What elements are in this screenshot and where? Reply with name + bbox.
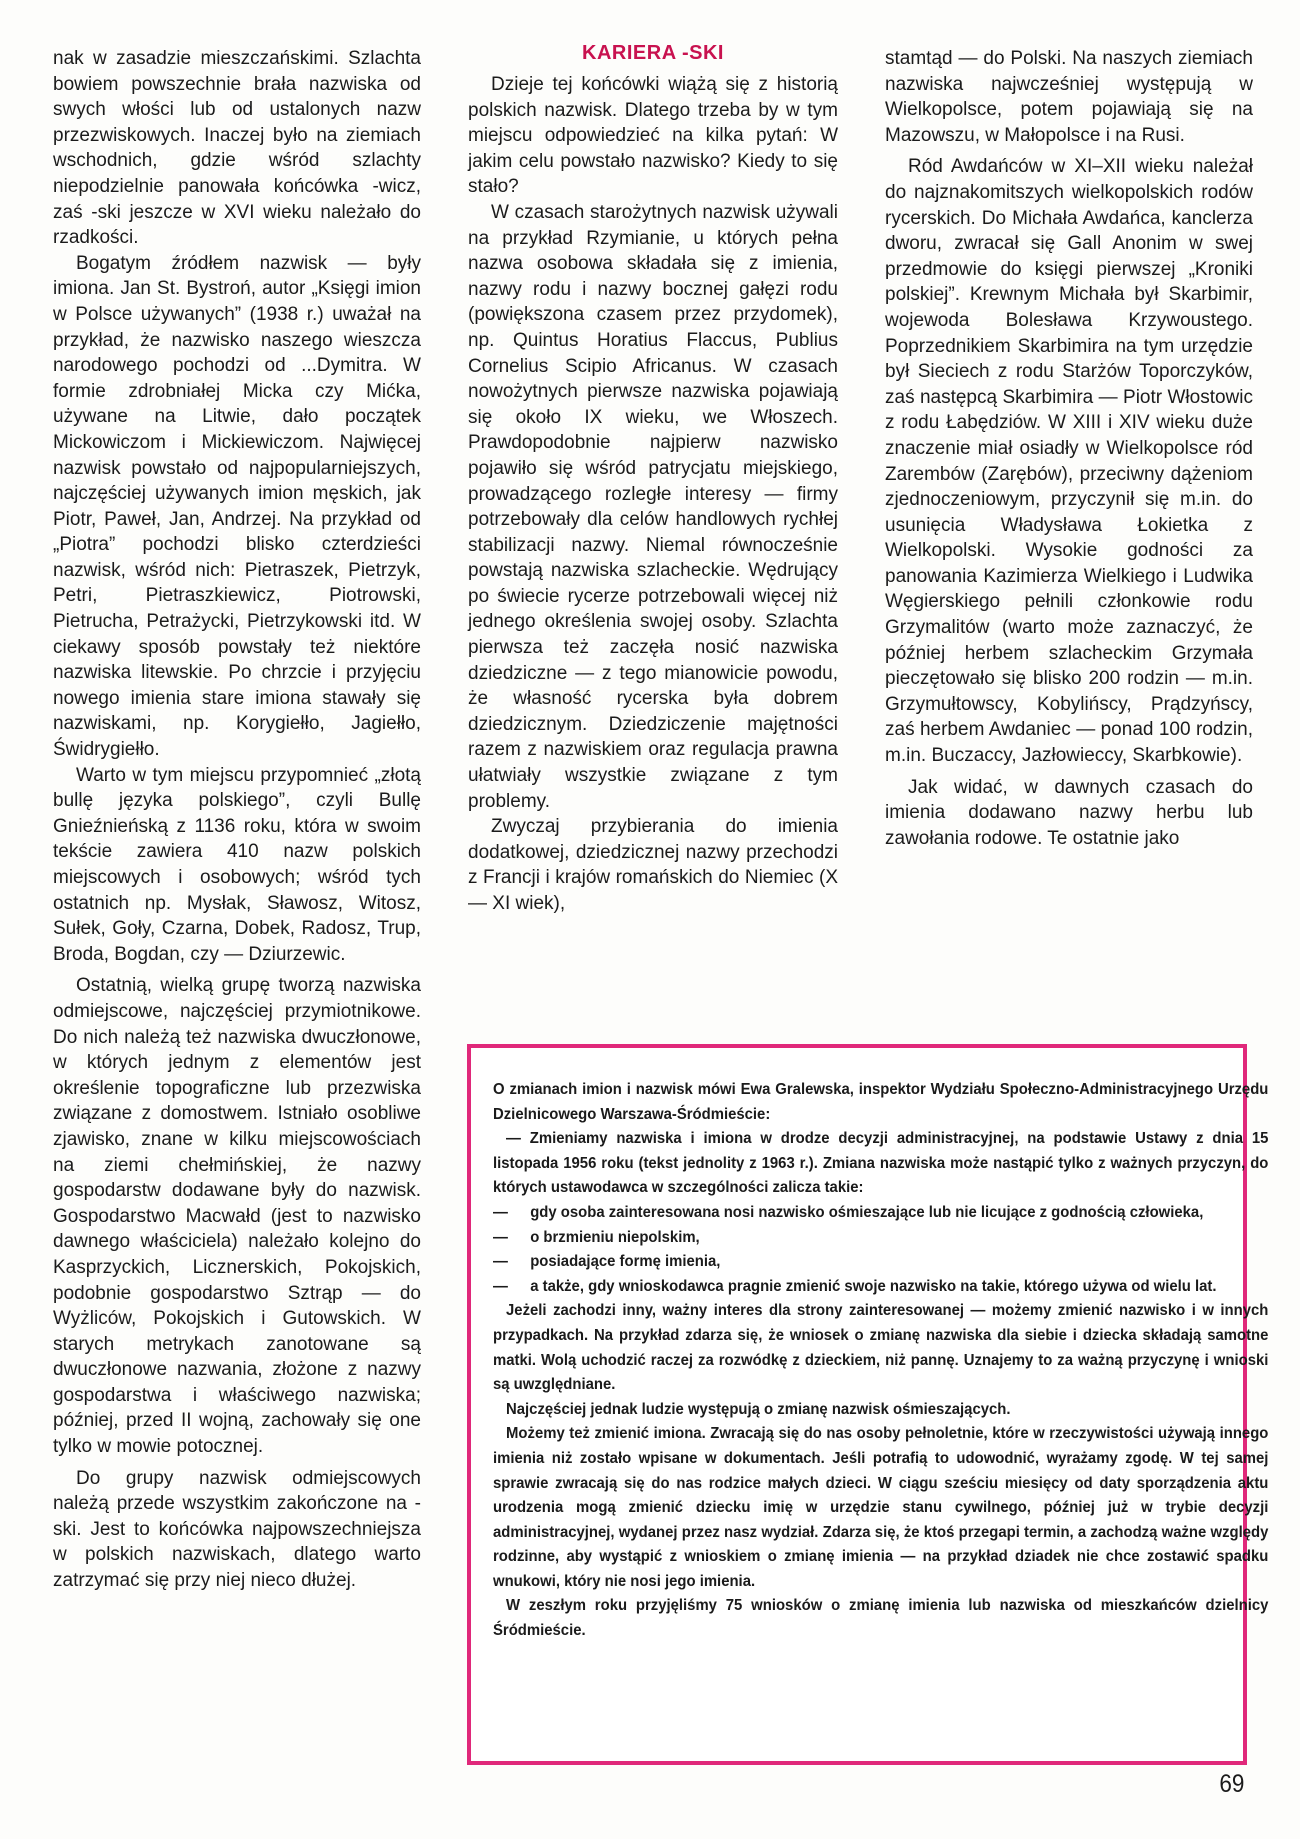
- interview-text: O zmianach imion i nazwisk mówi Ewa Gral…: [493, 1078, 1268, 1644]
- paragraph: Możemy też zmienić imiona. Zwracają się …: [493, 1422, 1268, 1594]
- dash-bullet: —: [493, 1226, 508, 1251]
- paragraph: stamtąd — do Polski. Na naszych ziemiach…: [885, 46, 1253, 148]
- interview-intro: O zmianach imion i nazwisk mówi Ewa Gral…: [493, 1078, 1268, 1127]
- list-item: —gdy osoba zainteresowana nosi nazwisko …: [493, 1201, 1268, 1226]
- paragraph: Do grupy nazwisk odmiejscowych należą pr…: [53, 1466, 421, 1594]
- paragraph: Dzieje tej końcówki wiążą się z historią…: [468, 72, 838, 200]
- paragraph: Warto w tym miejscu przypomnieć „złotą b…: [53, 763, 421, 968]
- paragraph: Jeżeli zachodzi inny, ważny interes dla …: [493, 1299, 1268, 1397]
- interview-sidebar-box: O zmianach imion i nazwisk mówi Ewa Gral…: [467, 1044, 1247, 1765]
- section-heading: KARIERA -SKI: [468, 42, 838, 65]
- article-column-1: nak w zasadzie mieszczańskimi. Szlachta …: [53, 46, 421, 1594]
- list-item: —posiadające formę imienia,: [493, 1250, 1268, 1275]
- paragraph: Jak widać, w dawnych czasach do imienia …: [885, 775, 1253, 852]
- paragraph: — Zmieniamy nazwiska i imiona w drodze d…: [493, 1127, 1268, 1201]
- list-item: —o brzmieniu niepolskim,: [493, 1226, 1268, 1251]
- paragraph: Zwyczaj przybierania do imienia dodatkow…: [468, 814, 838, 916]
- list-item: —a także, gdy wnioskodawca pragnie zmien…: [493, 1275, 1268, 1300]
- paragraph: Najczęściej jednak ludzie występują o zm…: [493, 1398, 1268, 1423]
- article-column-3: stamtąd — do Polski. Na naszych ziemiach…: [885, 46, 1253, 851]
- article-column-2: Dzieje tej końcówki wiążą się z historią…: [468, 72, 838, 917]
- paragraph: Bogatym źródłem nazwisk — były imiona. J…: [53, 251, 421, 763]
- paragraph: W zeszłym roku przyjęliśmy 75 wniosków o…: [493, 1594, 1268, 1643]
- paragraph: W czasach starożytnych nazwisk używali n…: [468, 200, 838, 814]
- dash-bullet: —: [493, 1201, 508, 1226]
- paragraph: nak w zasadzie mieszczańskimi. Szlachta …: [53, 46, 421, 251]
- page-number: 69: [1219, 1770, 1244, 1799]
- paragraph: Ród Awdańców w XI–XII wieku należał do n…: [885, 154, 1253, 768]
- paragraph: Ostatnią, wielką grupę tworzą nazwiska o…: [53, 973, 421, 1459]
- dash-bullet: —: [493, 1275, 508, 1300]
- dash-bullet: —: [493, 1250, 508, 1275]
